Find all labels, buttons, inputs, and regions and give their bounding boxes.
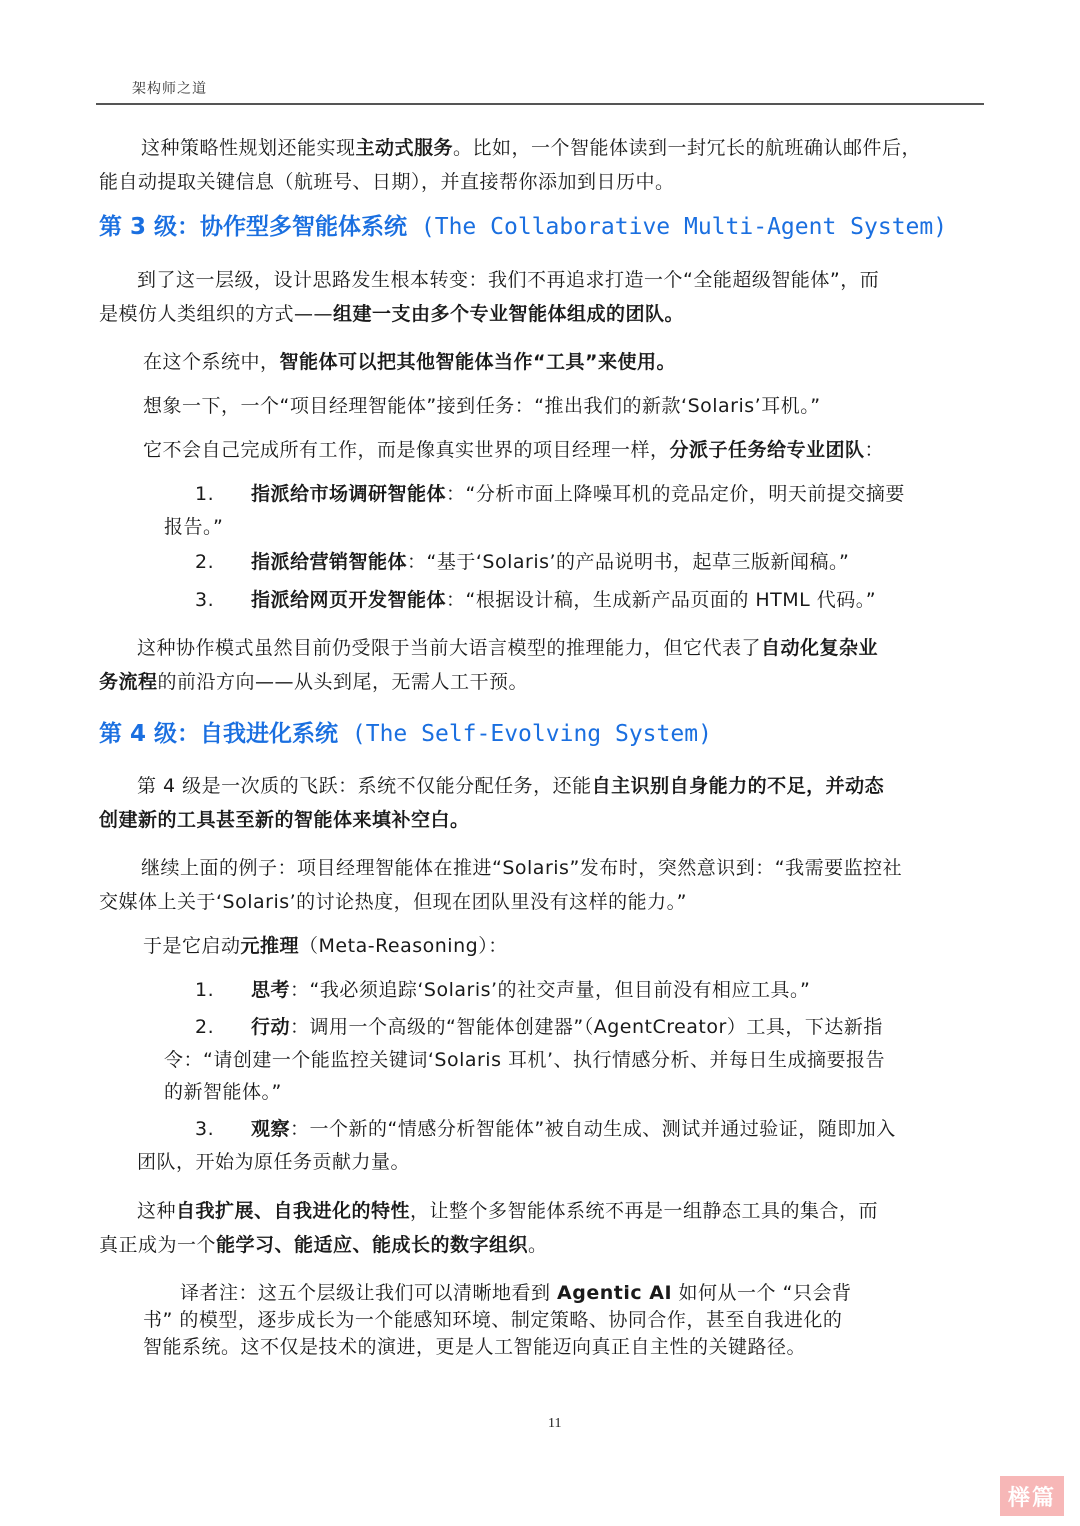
bold-text: 自动化复杂业 bbox=[761, 637, 878, 659]
bold-text: 元推理 bbox=[241, 935, 300, 957]
bold-text: Agentic AI bbox=[557, 1282, 672, 1304]
level3-p3: 想象一下，一个“项目经理智能体”接到任务：“推出我们的新款‘Solaris’耳机… bbox=[143, 394, 821, 418]
heading-zh: 第 4 级：自我进化系统 bbox=[99, 721, 338, 747]
text: ，让整个多智能体系统不再是一组静态工具的集合，而 bbox=[410, 1200, 878, 1222]
level3-list-item-2: 2.指派给营销智能体：“基于‘Solaris’的产品说明书，起草三版新闻稿。” bbox=[195, 550, 849, 574]
bold-text: 自主识别自身能力的不足，并动态 bbox=[592, 775, 885, 797]
seal-stamp-icon: 榉篇 bbox=[1000, 1476, 1064, 1516]
level3-p4: 它不会自己完成所有工作，而是像真实世界的项目经理一样，分派子任务给专业团队： bbox=[143, 438, 884, 462]
level3-p5-line2: 务流程的前沿方向——从头到尾，无需人工干预。 bbox=[99, 670, 528, 694]
text: （Meta-Reasoning）： bbox=[299, 935, 508, 957]
text: 它不会自己完成所有工作，而是像真实世界的项目经理一样， bbox=[143, 439, 670, 461]
text: 这种策略性规划还能实现 bbox=[141, 137, 356, 159]
level4-list-item-2: 2.行动：调用一个高级的“智能体创建器”（AgentCreator）工具，下达新… bbox=[195, 1015, 883, 1039]
bold-text: 主动式服务 bbox=[356, 137, 454, 159]
bold-text: 能学习、能适应、能成长的数字组织 bbox=[216, 1234, 528, 1256]
text: 。 bbox=[528, 1234, 548, 1256]
level3-list-item-3: 3.指派给网页开发智能体：“根据设计稿，生成新产品页面的 HTML 代码。” bbox=[195, 588, 876, 612]
list-number: 3. bbox=[195, 588, 251, 612]
text: ：“我必须追踪‘Solaris’的社交声量，但目前没有相应工具。” bbox=[290, 979, 810, 1001]
running-header-title: 架构师之道 bbox=[132, 78, 207, 98]
text: ：一个新的“情感分析智能体”被自动生成、测试并通过验证，随即加入 bbox=[290, 1118, 896, 1140]
level4-list-item-2-cont1: 令：“请创建一个能监控关键词‘Solaris 耳机’、执行情感分析、并每日生成摘… bbox=[164, 1048, 885, 1072]
list-number: 2. bbox=[195, 1015, 251, 1039]
heading-en: (The Collaborative Multi-Agent System) bbox=[421, 214, 947, 240]
level4-p1-line1: 第 4 级是一次质的飞跃：系统不仅能分配任务，还能自主识别自身能力的不足，并动态 bbox=[137, 774, 884, 798]
bold-text: 务流程 bbox=[99, 671, 158, 693]
text: 。比如，一个智能体读到一封冗长的航班确认邮件后， bbox=[453, 137, 921, 159]
level4-p1-line2: 创建新的工具甚至新的智能体来填补空白。 bbox=[99, 808, 470, 832]
section-heading-level-4: 第 4 级：自我进化系统 (The Self-Evolving System) bbox=[99, 719, 712, 749]
bold-text: 自我扩展、自我进化的特性 bbox=[176, 1200, 410, 1222]
bold-text: 创建新的工具甚至新的智能体来填补空白。 bbox=[99, 809, 470, 831]
bold-text: 思考 bbox=[251, 979, 290, 1001]
heading-zh: 第 3 级：协作型多智能体系统 bbox=[99, 214, 407, 240]
text: ：“基于‘Solaris’的产品说明书，起草三版新闻稿。” bbox=[407, 551, 849, 573]
list-number: 2. bbox=[195, 550, 251, 574]
level4-p4-line1: 这种自我扩展、自我进化的特性，让整个多智能体系统不再是一组静态工具的集合，而 bbox=[137, 1199, 878, 1223]
text: 于是它启动 bbox=[143, 935, 241, 957]
list-number: 1. bbox=[195, 482, 251, 506]
bold-text: 指派给市场调研智能体 bbox=[251, 483, 446, 505]
level3-p2: 在这个系统中，智能体可以把其他智能体当作“工具”来使用。 bbox=[143, 350, 676, 374]
seal-text: 榉篇 bbox=[1008, 1481, 1056, 1512]
text: 的前沿方向——从头到尾，无需人工干预。 bbox=[158, 671, 529, 693]
translator-note-line3: 智能系统。这不仅是技术的演进，更是人工智能迈向真正自主性的关键路径。 bbox=[143, 1335, 806, 1359]
level3-p5-line1: 这种协作模式虽然目前仍受限于当前大语言模型的推理能力，但它代表了自动化复杂业 bbox=[137, 636, 878, 660]
text: 如何从一个 “只会背 bbox=[672, 1282, 851, 1304]
intro-line-2: 能自动提取关键信息（航班号、日期），并直接帮你添加到日历中。 bbox=[99, 170, 675, 194]
level4-p2-line2: 交媒体上关于‘Solaris’的讨论热度，但现在团队里没有这样的能力。” bbox=[99, 890, 687, 914]
heading-en: (The Self-Evolving System) bbox=[352, 721, 712, 747]
text: ： bbox=[865, 439, 885, 461]
text: 在这个系统中， bbox=[143, 351, 280, 373]
bold-text: 智能体可以把其他智能体当作“工具”来使用。 bbox=[280, 351, 676, 373]
level4-p3: 于是它启动元推理（Meta-Reasoning）： bbox=[143, 934, 508, 958]
header-rule bbox=[96, 103, 984, 105]
text: ：调用一个高级的“智能体创建器”（AgentCreator）工具，下达新指 bbox=[290, 1016, 883, 1038]
level3-list-item-1: 1.指派给市场调研智能体：“分析市面上降噪耳机的竞品定价，明天前提交摘要 bbox=[195, 482, 905, 506]
text: 是模仿人类组织的方式—— bbox=[99, 303, 333, 325]
text: ：“分析市面上降噪耳机的竞品定价，明天前提交摘要 bbox=[446, 483, 905, 505]
level4-list-item-2-cont2: 的新智能体。” bbox=[164, 1080, 282, 1104]
bold-text: 分派子任务给专业团队 bbox=[670, 439, 865, 461]
intro-line-1: 这种策略性规划还能实现主动式服务。比如，一个智能体读到一封冗长的航班确认邮件后， bbox=[141, 136, 921, 160]
list-number: 1. bbox=[195, 978, 251, 1002]
text: 这种协作模式虽然目前仍受限于当前大语言模型的推理能力，但它代表了 bbox=[137, 637, 761, 659]
text: 译者注：这五个层级让我们可以清晰地看到 bbox=[180, 1282, 557, 1304]
translator-note-line1: 译者注：这五个层级让我们可以清晰地看到 Agentic AI 如何从一个 “只会… bbox=[180, 1281, 851, 1305]
level4-p4-line2: 真正成为一个能学习、能适应、能成长的数字组织。 bbox=[99, 1233, 548, 1257]
text: 第 4 级是一次质的飞跃：系统不仅能分配任务，还能 bbox=[137, 775, 592, 797]
level3-p1-line2: 是模仿人类组织的方式——组建一支由多个专业智能体组成的团队。 bbox=[99, 302, 684, 326]
level3-list-item-1-cont: 报告。” bbox=[164, 515, 223, 539]
list-number: 3. bbox=[195, 1117, 251, 1141]
level4-list-item-1: 1.思考：“我必须追踪‘Solaris’的社交声量，但目前没有相应工具。” bbox=[195, 978, 810, 1002]
level4-list-item-3-cont: 团队，开始为原任务贡献力量。 bbox=[137, 1150, 410, 1174]
text: ：“根据设计稿，生成新产品页面的 HTML 代码。” bbox=[446, 589, 876, 611]
text: 真正成为一个 bbox=[99, 1234, 216, 1256]
page-number: 11 bbox=[548, 1416, 561, 1432]
bold-text: 观察 bbox=[251, 1118, 290, 1140]
text: 这种 bbox=[137, 1200, 176, 1222]
level4-list-item-3: 3.观察：一个新的“情感分析智能体”被自动生成、测试并通过验证，随即加入 bbox=[195, 1117, 896, 1141]
level3-p1-line1: 到了这一层级，设计思路发生根本转变：我们不再追求打造一个“全能超级智能体”，而 bbox=[137, 268, 879, 292]
bold-text: 行动 bbox=[251, 1016, 290, 1038]
level4-p2-line1: 继续上面的例子：项目经理智能体在推进“Solaris”发布时，突然意识到：“我需… bbox=[141, 856, 902, 880]
translator-note-line2: 书” 的模型，逐步成长为一个能感知环境、制定策略、协同合作，甚至自我进化的 bbox=[143, 1308, 842, 1332]
bold-text: 指派给营销智能体 bbox=[251, 551, 407, 573]
section-heading-level-3: 第 3 级：协作型多智能体系统 (The Collaborative Multi… bbox=[99, 212, 947, 242]
bold-text: 指派给网页开发智能体 bbox=[251, 589, 446, 611]
bold-text: 组建一支由多个专业智能体组成的团队。 bbox=[333, 303, 684, 325]
